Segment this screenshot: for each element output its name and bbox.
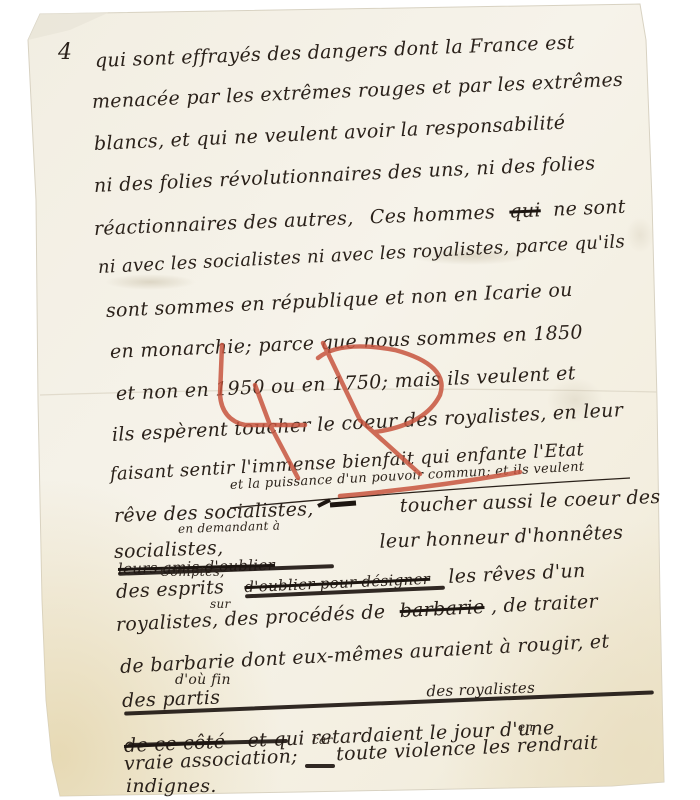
manuscript-page: 4 qui sont effrayés des dangers dont la … (0, 0, 700, 800)
insertion-underline (0, 0, 700, 800)
struck-word: barbarie (399, 596, 485, 622)
manuscript-stage: 4 qui sont effrayés des dangers dont la … (0, 0, 700, 800)
strikethrough-bar (305, 764, 335, 768)
interlinear-insertion: en (518, 720, 533, 734)
manuscript-line-20: indignes. (126, 775, 217, 797)
